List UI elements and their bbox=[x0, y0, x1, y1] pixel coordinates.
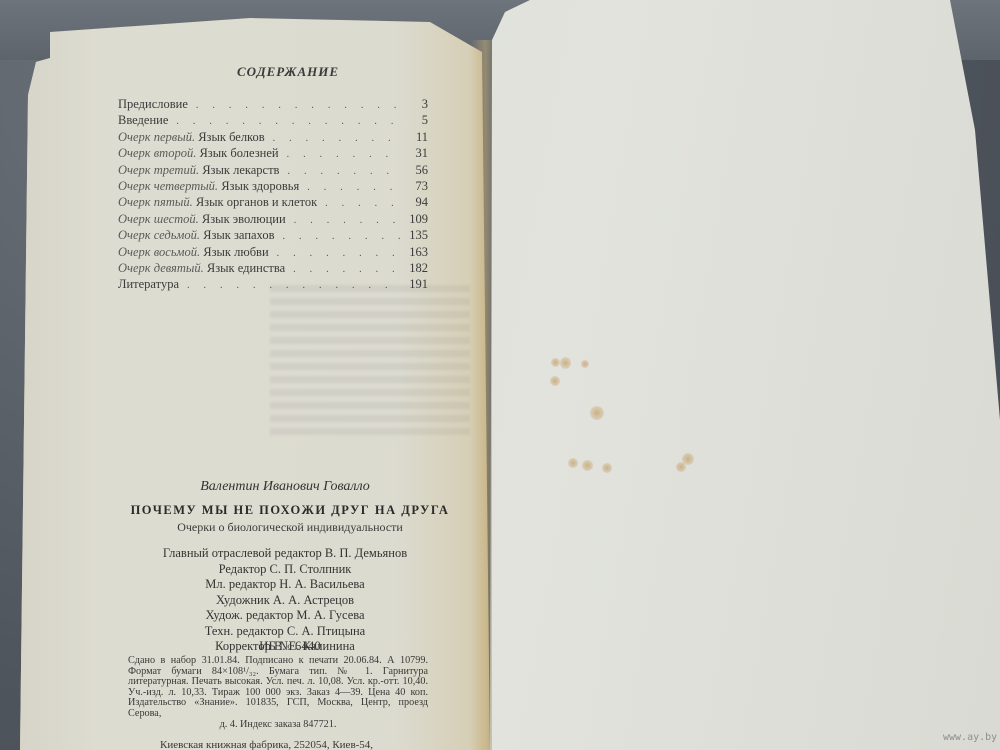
toc-entry: Введение................................… bbox=[118, 112, 428, 128]
toc-entry-title: Язык болезней bbox=[199, 146, 278, 160]
toc-entry-label: Очерк пятый. Язык органов и клеток bbox=[118, 194, 317, 210]
imprint-text: Сдано в набор 31.01.84. Подписано к печа… bbox=[128, 656, 428, 720]
toc-entry-title: Язык единства bbox=[207, 261, 285, 275]
credit-line: Мл. редактор Н. А. Васильева bbox=[100, 577, 470, 593]
toc-entry: Очерк первый. Язык белков...............… bbox=[118, 129, 428, 145]
toc-entry-prefix: Очерк третий. bbox=[118, 163, 199, 177]
watermark: www.ay.by bbox=[943, 732, 997, 743]
toc-entry-label: Очерк девятый. Язык единства bbox=[118, 260, 285, 276]
credit-line: Техн. редактор С. А. Птицына bbox=[100, 624, 470, 640]
stain bbox=[568, 458, 578, 468]
toc-title: СОДЕРЖАНИЕ bbox=[237, 64, 339, 80]
author-name: Валентин Иванович Говалло bbox=[110, 479, 460, 495]
toc-entry-label: Очерк четвертый. Язык здоровья bbox=[118, 178, 299, 194]
toc-page-number: 135 bbox=[402, 227, 428, 243]
toc-entry-prefix: Очерк шестой. bbox=[118, 212, 199, 226]
toc-entry: Очерк седьмой. Язык запахов.............… bbox=[118, 227, 428, 243]
toc-entry-title: Язык эволюции bbox=[202, 212, 286, 226]
toc-entry-title: Литература bbox=[118, 277, 179, 291]
stain bbox=[602, 463, 612, 473]
toc-entry: Очерк шестой. Язык эволюции.............… bbox=[118, 211, 428, 227]
toc-entry: Предисловие.............................… bbox=[118, 96, 428, 112]
toc-entry-title: Введение bbox=[118, 113, 168, 127]
toc-entry: Очерк третий. Язык лекарств.............… bbox=[118, 162, 428, 178]
toc-entry-title: Язык белков bbox=[198, 130, 264, 144]
toc-entry-label: Очерк первый. Язык белков bbox=[118, 129, 265, 145]
toc-entry-prefix: Очерк второй. bbox=[118, 146, 196, 160]
toc-page-number: 191 bbox=[402, 276, 428, 292]
toc-entry-title: Предисловие bbox=[118, 97, 188, 111]
toc-entry-prefix: Очерк седьмой. bbox=[118, 228, 200, 242]
toc-entry-label: Очерк третий. Язык лекарств bbox=[118, 162, 279, 178]
toc-leader-dots: .................................... bbox=[269, 246, 402, 262]
toc-entry-label: Очерк шестой. Язык эволюции bbox=[118, 211, 286, 227]
toc-entry-title: Язык любви bbox=[203, 245, 268, 259]
book-title: ПОЧЕМУ МЫ НЕ ПОХОЖИ ДРУГ НА ДРУГА bbox=[100, 503, 480, 518]
toc-entry: Очерк восьмой. Язык любви...............… bbox=[118, 244, 428, 260]
toc-entry-label: Литература bbox=[118, 276, 179, 292]
toc-page-number: 182 bbox=[402, 260, 428, 276]
show-through-text bbox=[270, 285, 470, 435]
toc-entry-title: Язык органов и клеток bbox=[196, 195, 317, 209]
toc-page-number: 5 bbox=[402, 112, 428, 128]
toc-entry: Очерк пятый. Язык органов и клеток......… bbox=[118, 194, 428, 210]
toc-page-number: 11 bbox=[402, 129, 428, 145]
toc-entry-prefix: Очерк девятый. bbox=[118, 261, 204, 275]
toc-leader-dots: .................................... bbox=[179, 278, 402, 294]
toc-leader-dots: .................................... bbox=[279, 147, 402, 163]
toc-entry-title: Язык лекарств bbox=[202, 163, 279, 177]
toc-page-number: 163 bbox=[402, 244, 428, 260]
toc-leader-dots: .................................... bbox=[188, 98, 402, 114]
imprint-last-line: д. 4. Индекс заказа 847721. bbox=[128, 720, 428, 731]
credit-line: Худож. редактор М. А. Гусева bbox=[100, 608, 470, 624]
toc-leader-dots: .................................... bbox=[274, 229, 402, 245]
toc-page-number: 109 bbox=[402, 211, 428, 227]
toc-leader-dots: .................................... bbox=[286, 213, 402, 229]
toc-entry-label: Введение bbox=[118, 112, 168, 128]
stain bbox=[582, 460, 593, 471]
toc-entry-label: Очерк восьмой. Язык любви bbox=[118, 244, 269, 260]
toc-entry-label: Очерк седьмой. Язык запахов bbox=[118, 227, 274, 243]
toc-entry: Литература..............................… bbox=[118, 276, 428, 292]
imprint-block: Сдано в набор 31.01.84. Подписано к печа… bbox=[128, 656, 428, 730]
printer-line: Киевская книжная фабрика, 252054, Киев-5… bbox=[160, 739, 460, 750]
toc-leader-dots: .................................... bbox=[285, 262, 402, 278]
stain bbox=[590, 406, 604, 420]
stain bbox=[560, 357, 571, 369]
ib-number: ИБ № 6440 bbox=[100, 638, 480, 654]
toc-leader-dots: .................................... bbox=[317, 196, 402, 212]
toc-entry-prefix: Очерк четвертый. bbox=[118, 179, 218, 193]
toc-entry-label: Предисловие bbox=[118, 96, 188, 112]
toc-page-number: 3 bbox=[402, 96, 428, 112]
toc-entry: Очерк девятый. Язык единства............… bbox=[118, 260, 428, 276]
toc-leader-dots: .................................... bbox=[265, 131, 402, 147]
toc-entry-prefix: Очерк восьмой. bbox=[118, 245, 200, 259]
toc-page-number: 73 bbox=[402, 178, 428, 194]
stain bbox=[551, 358, 560, 367]
stain bbox=[581, 360, 589, 368]
toc-entry-title: Язык запахов bbox=[203, 228, 274, 242]
toc-entry-prefix: Очерк первый. bbox=[118, 130, 195, 144]
toc-page-number: 94 bbox=[402, 194, 428, 210]
toc-entry-title: Язык здоровья bbox=[221, 179, 299, 193]
toc-entry: Очерк четвертый. Язык здоровья..........… bbox=[118, 178, 428, 194]
stain bbox=[550, 376, 560, 386]
credit-line: Редактор С. П. Столпник bbox=[100, 562, 470, 578]
stain bbox=[676, 462, 686, 472]
credit-line: Главный отраслевой редактор В. П. Демьян… bbox=[100, 546, 470, 562]
book-subtitle: Очерки о биологической индивидуальности bbox=[100, 520, 480, 535]
toc-entry-prefix: Очерк пятый. bbox=[118, 195, 193, 209]
credit-line: Художник А. А. Астрецов bbox=[100, 593, 470, 609]
toc-page-number: 56 bbox=[402, 162, 428, 178]
toc-page-number: 31 bbox=[402, 145, 428, 161]
toc-entry: Очерк второй. Язык болезней.............… bbox=[118, 145, 428, 161]
table-of-contents: Предисловие.............................… bbox=[118, 96, 428, 293]
toc-entry-label: Очерк второй. Язык болезней bbox=[118, 145, 279, 161]
